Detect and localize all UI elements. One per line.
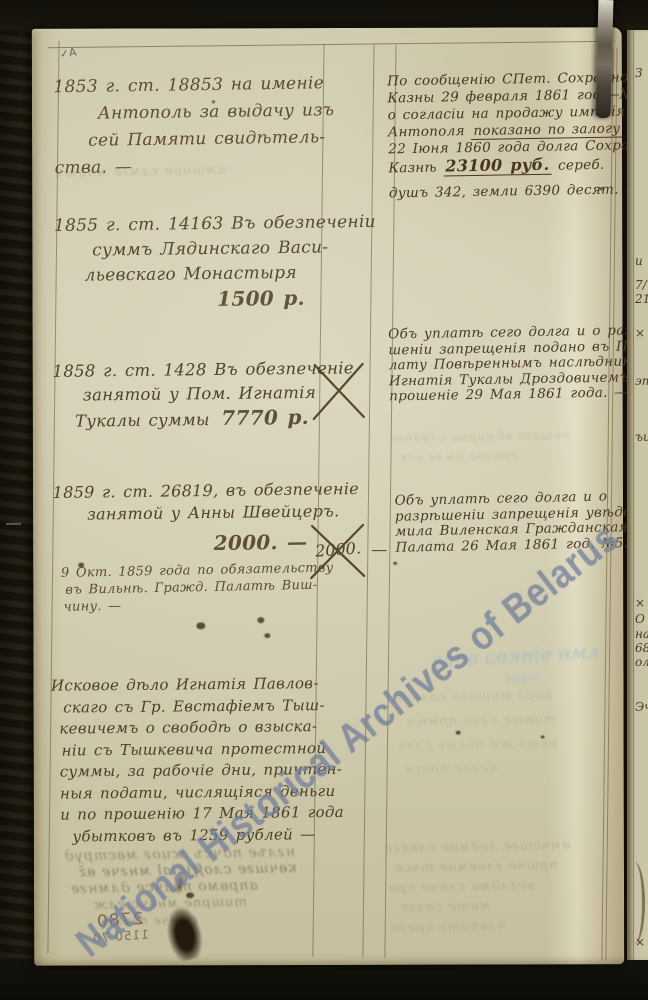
amount-value: 2000. —: [214, 531, 310, 554]
bleedthrough-mark: дрнгое имле вск: [399, 448, 519, 464]
handwritten-line: льевскаго Монастыря: [54, 261, 306, 289]
ink-spot: [264, 633, 270, 638]
ink-spot: [456, 731, 461, 735]
ink-spot: [541, 735, 545, 738]
cancellation-x-mark-2: [306, 520, 369, 582]
note-entry-tukala-payment: Объ уплатѣ сего долга и о разрѣ-шеніи за…: [388, 324, 615, 405]
adjacent-page-fragment: ×: [635, 596, 645, 610]
handwritten-line: занятой у Пом. Игнатія: [53, 381, 311, 408]
adjacent-page-fragment: ъи: [635, 430, 648, 444]
handwritten-line: 1853 г. ст. 18853 на именіе: [53, 70, 311, 101]
ink-spot: [257, 617, 264, 623]
handwritten-line: Исковое дѣло Игнатія Павлов-: [51, 673, 323, 697]
note-entry-sokhrannaya-kazna: По сообщенію СПет. СохраннойКазны 29 фев…: [387, 70, 613, 203]
next-page-margin-rule: [633, 30, 634, 960]
adjacent-page-fragment: ×: [635, 935, 645, 949]
bookmark-ribbon: [596, 0, 614, 118]
blue-pencil-scribble: щрс: [505, 667, 539, 687]
ledger-entry-1859: 1859 г. ст. 26819, въ обезпеченіезанятой…: [53, 479, 310, 556]
handwritten-line: 2000. —: [53, 531, 309, 556]
handwritten-line: ніи съ Тышкевича протестной: [51, 738, 323, 762]
ledger-entry-1855: 1855 г. ст. 14163 Въ обезпеченіисуммъ Ля…: [54, 211, 307, 314]
bleedthrough-mark: члвnúms прего: [390, 919, 506, 936]
adjacent-page-fragment: З: [635, 66, 642, 80]
adjacent-page-fragment: и: [635, 254, 643, 268]
bleedthrough-mark: тивше слгн прмѣч: [405, 712, 556, 730]
amount-value: 1500 р.: [217, 286, 307, 312]
ledger-entry-1859-note: 9 Окт. 1859 года по обязательствувъ Виль…: [61, 560, 314, 616]
ledger-entry-lawsuit: Исковое дѣло Игнатія Павлов-скаго съ Гр.…: [51, 673, 325, 848]
adjacent-page-fragment: эт: [635, 374, 648, 388]
ink-spot: [196, 622, 205, 629]
adjacent-page-fragment: Эч: [635, 700, 648, 714]
bleedthrough-mark: вкмл же писмь слгч: [398, 736, 558, 754]
adjacent-page-fragment: над: [635, 627, 648, 641]
bleedthrough-mark: веглдмо слнче прв: [388, 878, 535, 896]
bleedthrough-mark: мнше свлге: [400, 899, 491, 916]
archival-scan: ✓A 1853 г. ст. 18853 на именіеАнтополь з…: [0, 0, 648, 1000]
cancellation-x-mark-1: [310, 358, 368, 424]
adjacent-page-fragment: 21,: [635, 292, 648, 306]
handwritten-line: суммъ Лядинскаго Васи-: [54, 236, 306, 264]
handwritten-line: Казнѣ 23100 руб. сереб.: [388, 155, 612, 178]
adjacent-page-fragment: ×: [635, 326, 645, 340]
ink-spot: [393, 562, 397, 565]
ledger-left-page: ✓A 1853 г. ст. 18853 на именіеАнтополь з…: [32, 27, 624, 966]
handwritten-line: кевичемъ о свободѣ о взыска-: [51, 716, 323, 740]
handwritten-line: 1855 г. ст. 14163 Въ обезпеченіи: [54, 211, 306, 239]
adjacent-page-fragment: 7/: [635, 278, 647, 292]
ledger-entry-1858: 1858 г. ст. 1428 Въ обезпеченіезанятой у…: [52, 357, 311, 434]
ledger-entry-1853: 1853 г. ст. 18853 на именіеАнтополь за в…: [53, 70, 313, 182]
handwritten-line: скаго съ Гр. Евстафіемъ Тыш-: [51, 695, 323, 719]
adjacent-page-fragment: О: [635, 612, 645, 626]
handwritten-line: ства. —: [54, 151, 312, 182]
next-page-edge: Зи7/21,×этъи×Онад68,олЭч×: [627, 30, 648, 960]
pencil-check-mark: ✓A: [59, 46, 77, 61]
handwritten-line: Антополь за выдачу изъ: [54, 97, 312, 128]
ink-spot: [212, 100, 215, 103]
ink-spot: [78, 563, 84, 568]
handwritten-line: 1858 г. ст. 1428 Въ обезпеченіе: [52, 357, 310, 384]
adjacent-page-fragment: 68,: [635, 641, 648, 655]
bleedthrough-mark: нглое прчсе: [404, 761, 498, 778]
margin-dash: [6, 523, 21, 525]
ink-spot: [599, 187, 603, 190]
amount-dash: —: [371, 540, 387, 559]
handwritten-line: Тукалы суммы7770 р.: [53, 405, 311, 434]
handwritten-line: 1500 р.: [55, 286, 307, 314]
handwritten-line: сей Памяти свидѣтель-: [54, 124, 312, 155]
adjacent-page-fragment: ол: [635, 655, 648, 669]
next-page-curved-stroke: [630, 862, 645, 944]
handwritten-line: занятой у Анны Швейцеръ.: [53, 501, 309, 526]
amount-value: 7770 р.: [221, 405, 311, 430]
table-rule-amount-col-right: [362, 45, 374, 958]
